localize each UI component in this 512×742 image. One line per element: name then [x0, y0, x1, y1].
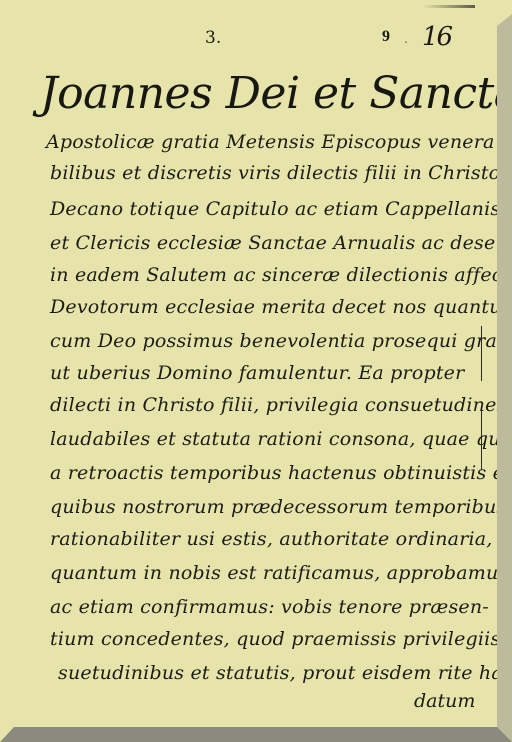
text-line: a retroactis temporibus hactenus obtinui… [50, 462, 512, 484]
text-line: bilibus et discretis viris dilectis fili… [50, 162, 512, 184]
text-line: cum Deo possimus benevolentia prosequi g… [50, 330, 512, 352]
text-line: in eadem Salutem ac sinceræ dilectionis … [50, 264, 512, 286]
text-line: et Clericis ecclesiæ Sanctae Arnualis ac… [50, 232, 512, 254]
page-bevel-right [497, 14, 512, 742]
text-line: ac etiam confirmamus: vobis tenore præse… [50, 596, 489, 618]
text-line: Apostolicæ gratia Metensis Episcopus ven… [46, 131, 495, 153]
folio-number-handwritten: 16 [422, 22, 451, 52]
folio-number-printed: 9 [382, 28, 390, 46]
text-line: Decano totique Capitulo ac etiam Cappell… [50, 198, 512, 220]
text-line: dilecti in Christo filii, privilegia con… [50, 394, 506, 416]
document-title: Joannes Dei et Sanctæ Sedis [40, 68, 512, 119]
text-line: suetudinibus et statutis, prout eisdem r… [58, 662, 512, 684]
text-line: quibus nostrorum prædecessorum temporibu… [50, 496, 506, 518]
folio-separator: . [404, 32, 408, 46]
signoff-word: datum [414, 690, 475, 712]
text-line: Devotorum ecclesiae merita decet nos qua… [50, 296, 512, 318]
margin-rule [481, 410, 482, 470]
manuscript-page: 3. 9 . 16 Joannes Dei et Sanctæ Sedis Ap… [0, 0, 497, 727]
text-line: tium concedentes, quod praemissis privil… [50, 628, 512, 650]
text-line: rationabiliter usi estis, authoritate or… [50, 528, 493, 550]
text-line: quantum in nobis est ratificamus, approb… [50, 562, 512, 584]
page-edge-mark [423, 5, 475, 8]
text-line: ut uberius Domino famulentur. Ea propter [50, 362, 464, 384]
margin-rule [481, 326, 482, 381]
page-bevel-bottom [0, 727, 512, 742]
text-line: laudabiles et statuta rationi consona, q… [50, 428, 512, 450]
folio-number-left: 3. [205, 28, 221, 48]
